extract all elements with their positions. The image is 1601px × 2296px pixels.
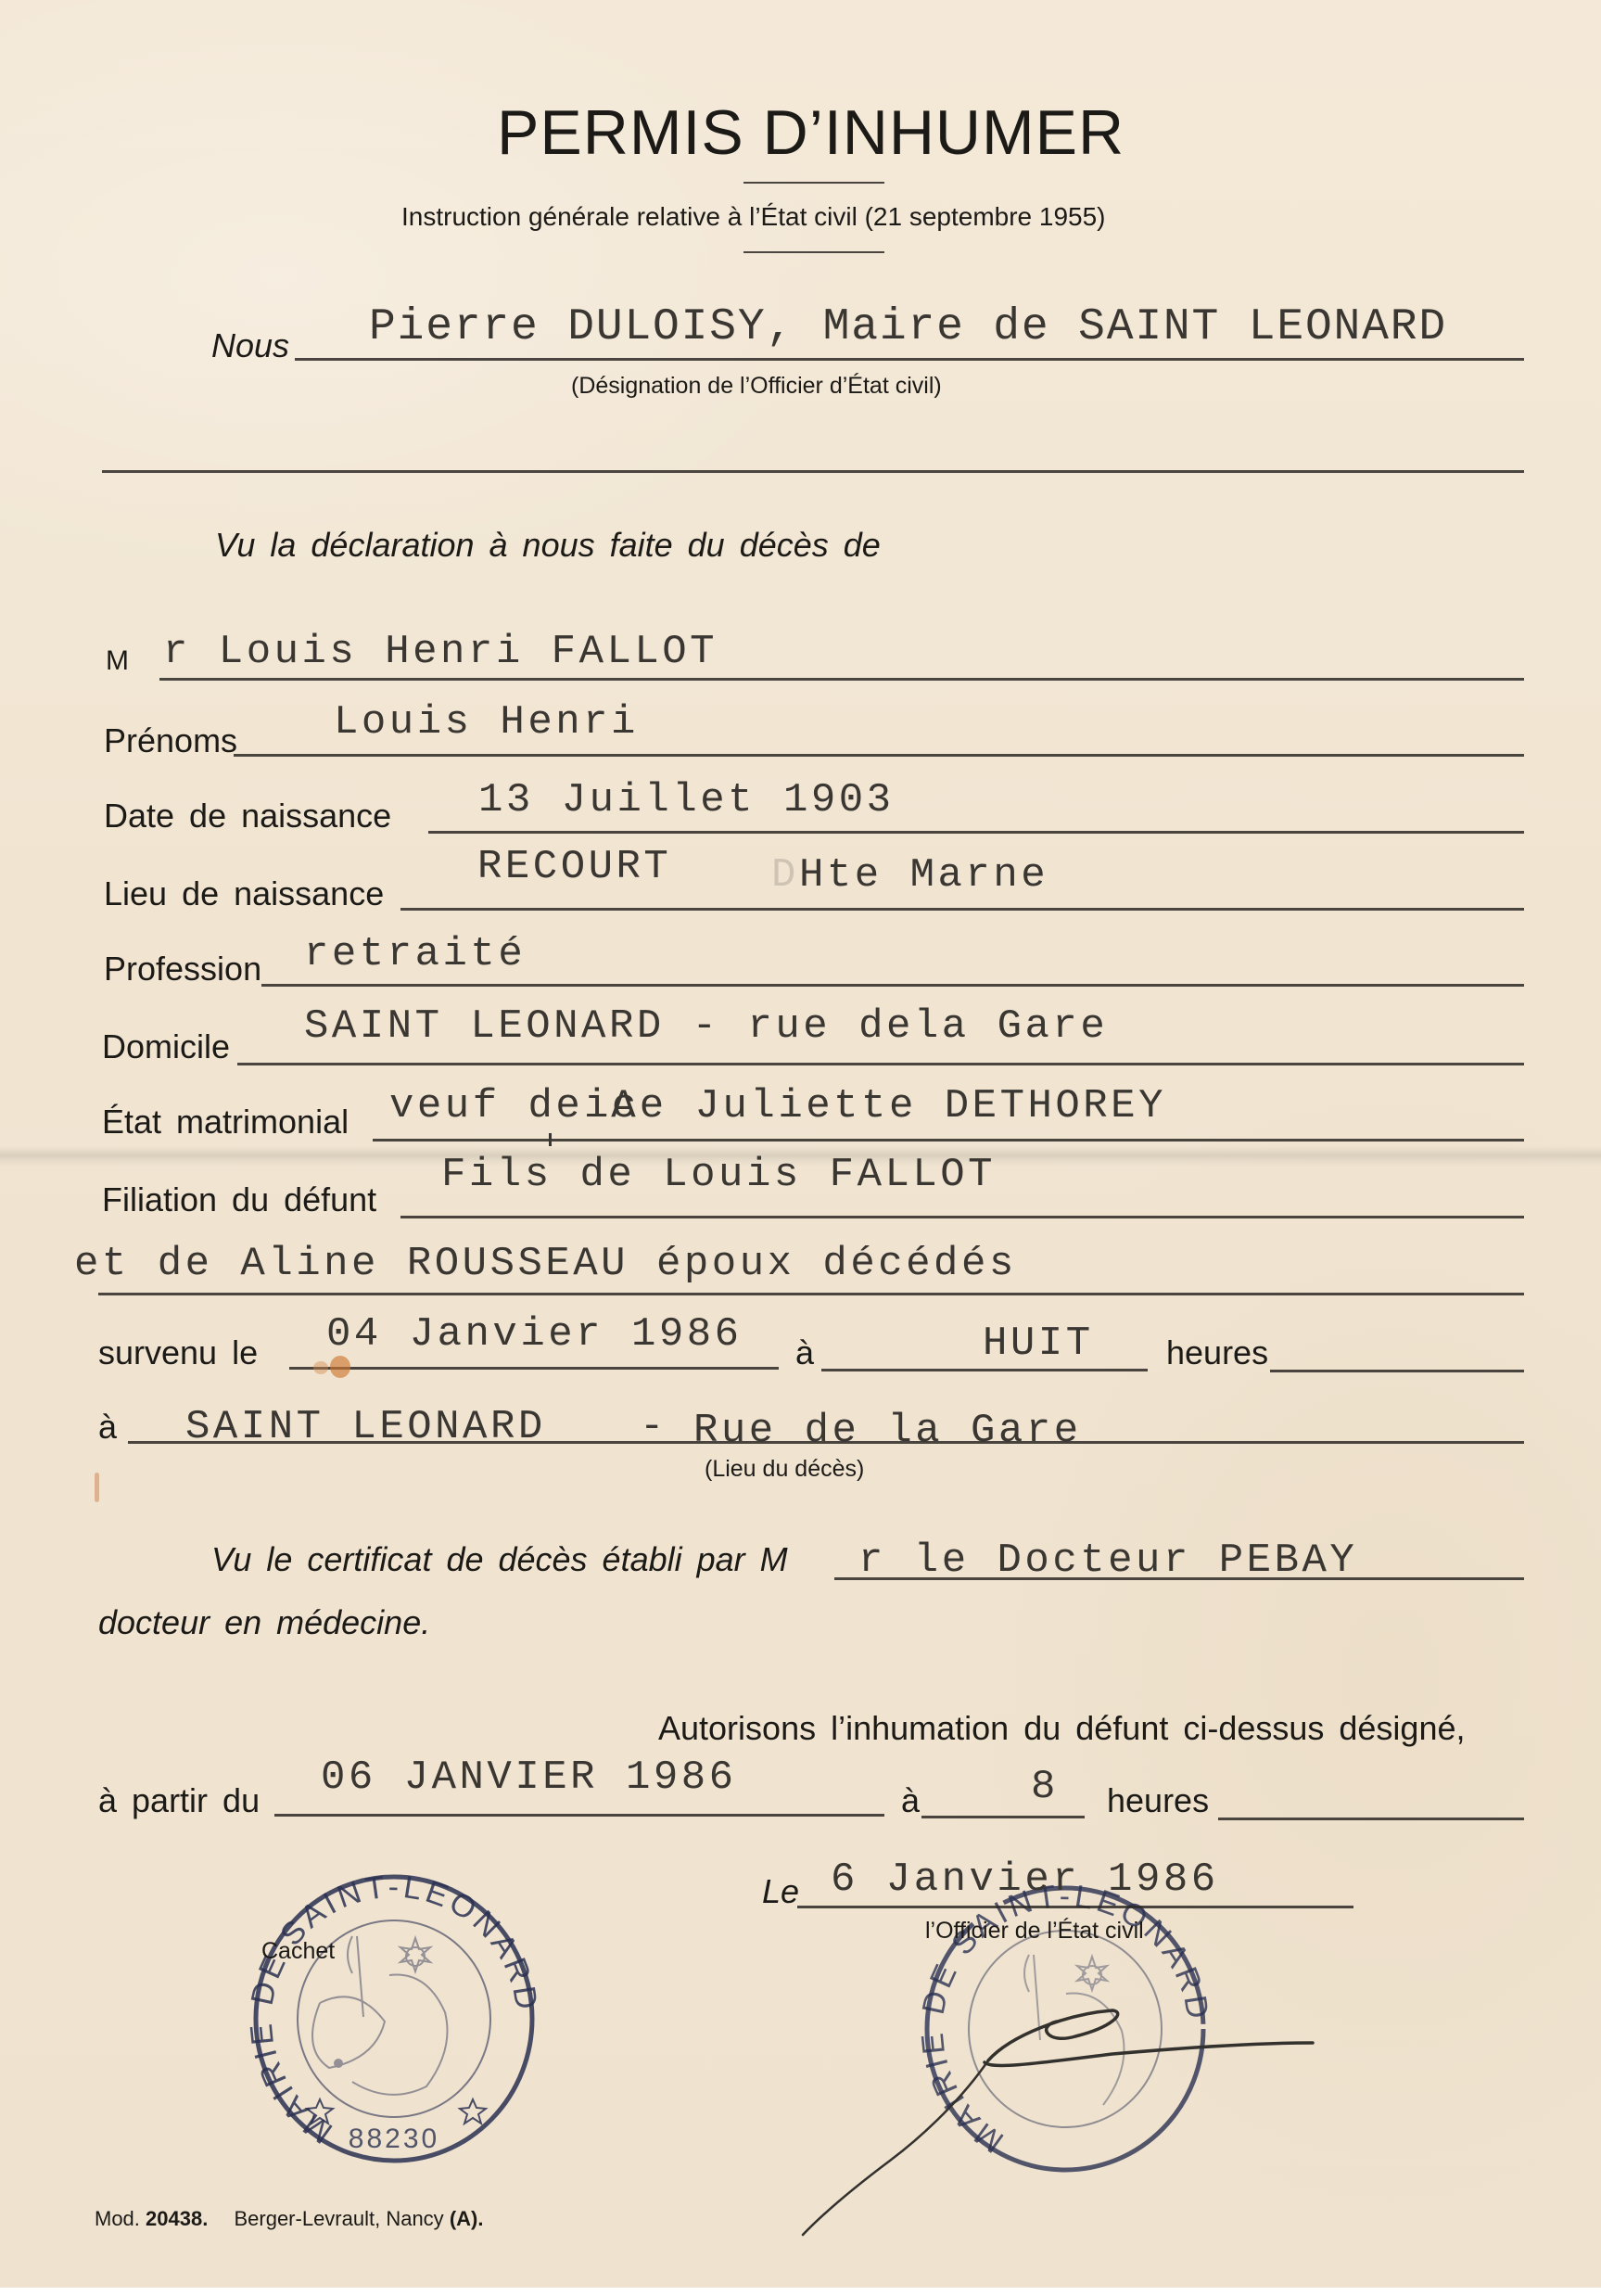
signature-date-value: 6 Janvier 1986 [831,1856,1219,1903]
footer-printer-suffix: (A). [450,2207,484,2230]
signature-officer-label: l’Officier de l’État civil [925,1918,1144,1945]
stamp-left-postal-code: 88230 [349,2124,439,2154]
signature-date-line [797,1906,1353,1908]
cachet-label: Cachet [261,1938,335,1965]
officer-signature [803,2010,1313,2235]
signature-date-label: Le [762,1872,799,1911]
footer-printer: Berger-Levrault, Nancy [234,2207,443,2230]
footer-model: Mod. 20438. Berger-Levrault, Nancy (A). [95,2207,483,2231]
stamps-and-signature-layer: MAIRIE DE SAINT-LEONARD 88230 MAIRIE DE … [0,0,1601,2296]
footer-mod-number: 20438. [146,2207,208,2230]
footer-mod-label: Mod. [95,2207,140,2230]
